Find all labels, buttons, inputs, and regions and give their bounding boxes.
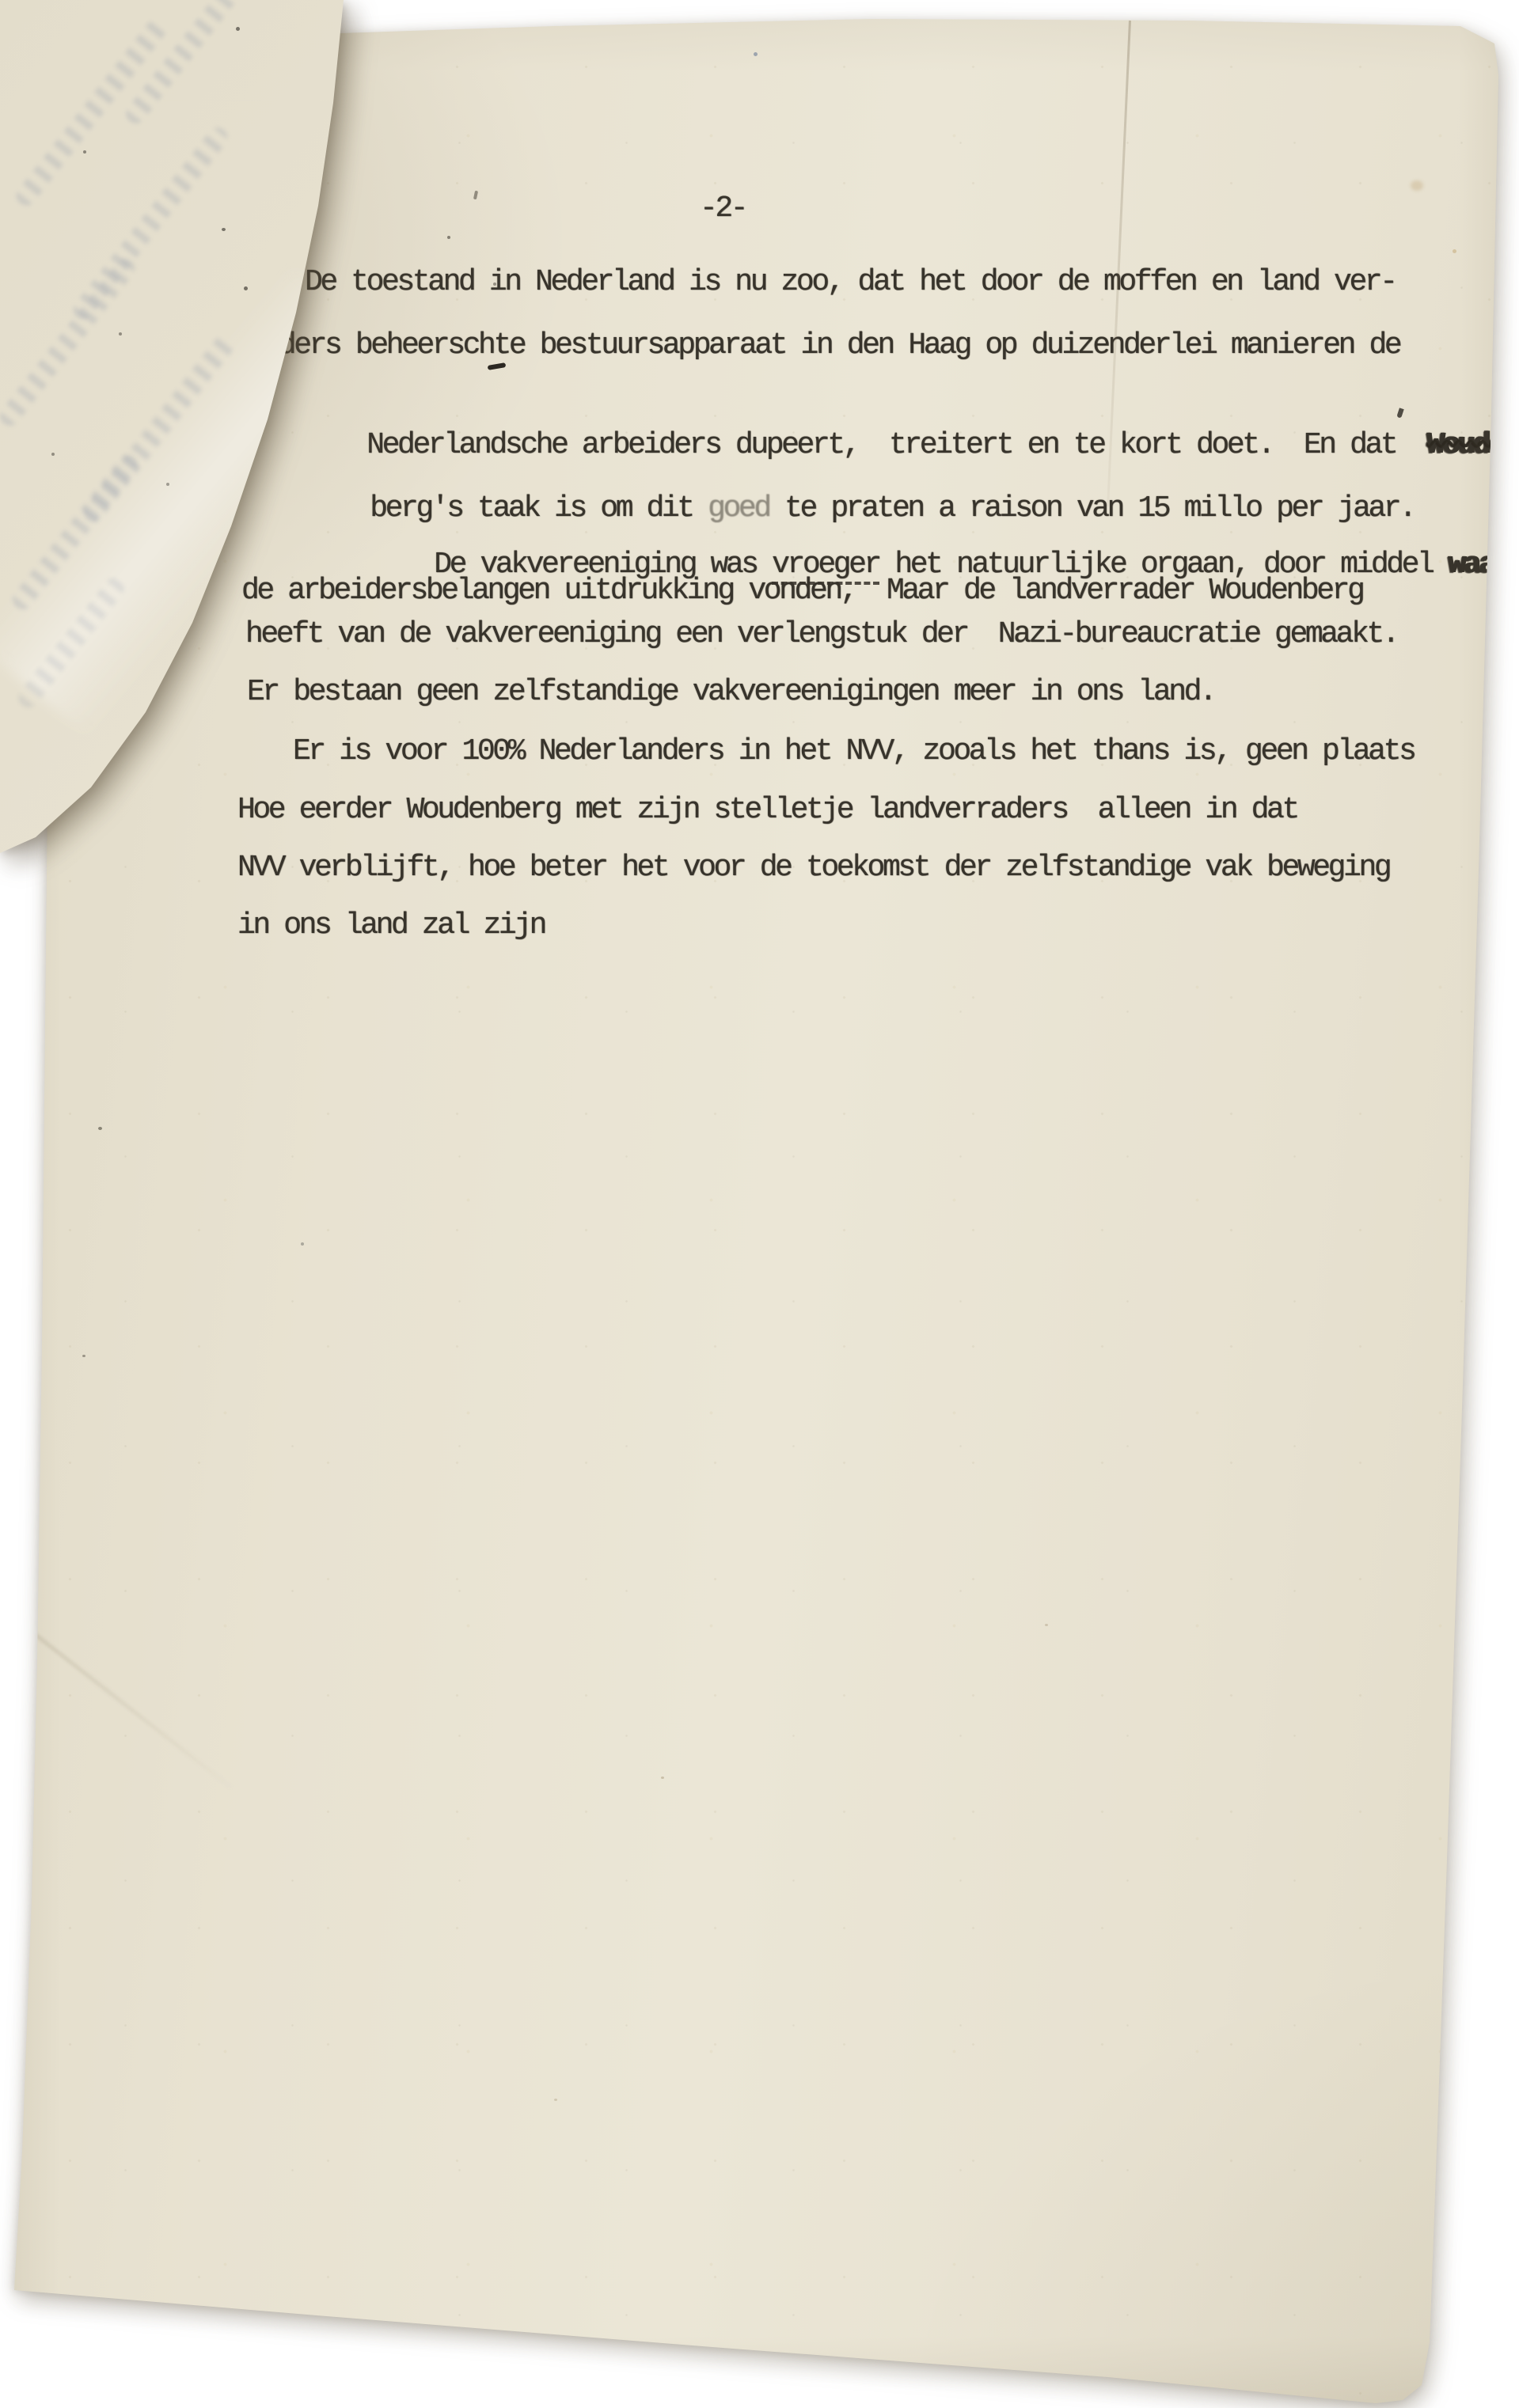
- dark-speck: [51, 453, 55, 456]
- dark-speck: [83, 150, 86, 154]
- bleed-row: [0, 255, 139, 429]
- folded-page-corner: [0, 0, 1519, 2408]
- dark-speck: [222, 228, 226, 231]
- dark-speck: [236, 27, 240, 31]
- dark-speck: [119, 332, 122, 336]
- scanned-document-photo: -2- De toestand in Nederland is nu zoo, …: [0, 0, 1519, 2408]
- dark-speck: [166, 483, 169, 486]
- folded-corner-shadow: [0, 0, 1519, 2408]
- dark-speck: [244, 286, 248, 290]
